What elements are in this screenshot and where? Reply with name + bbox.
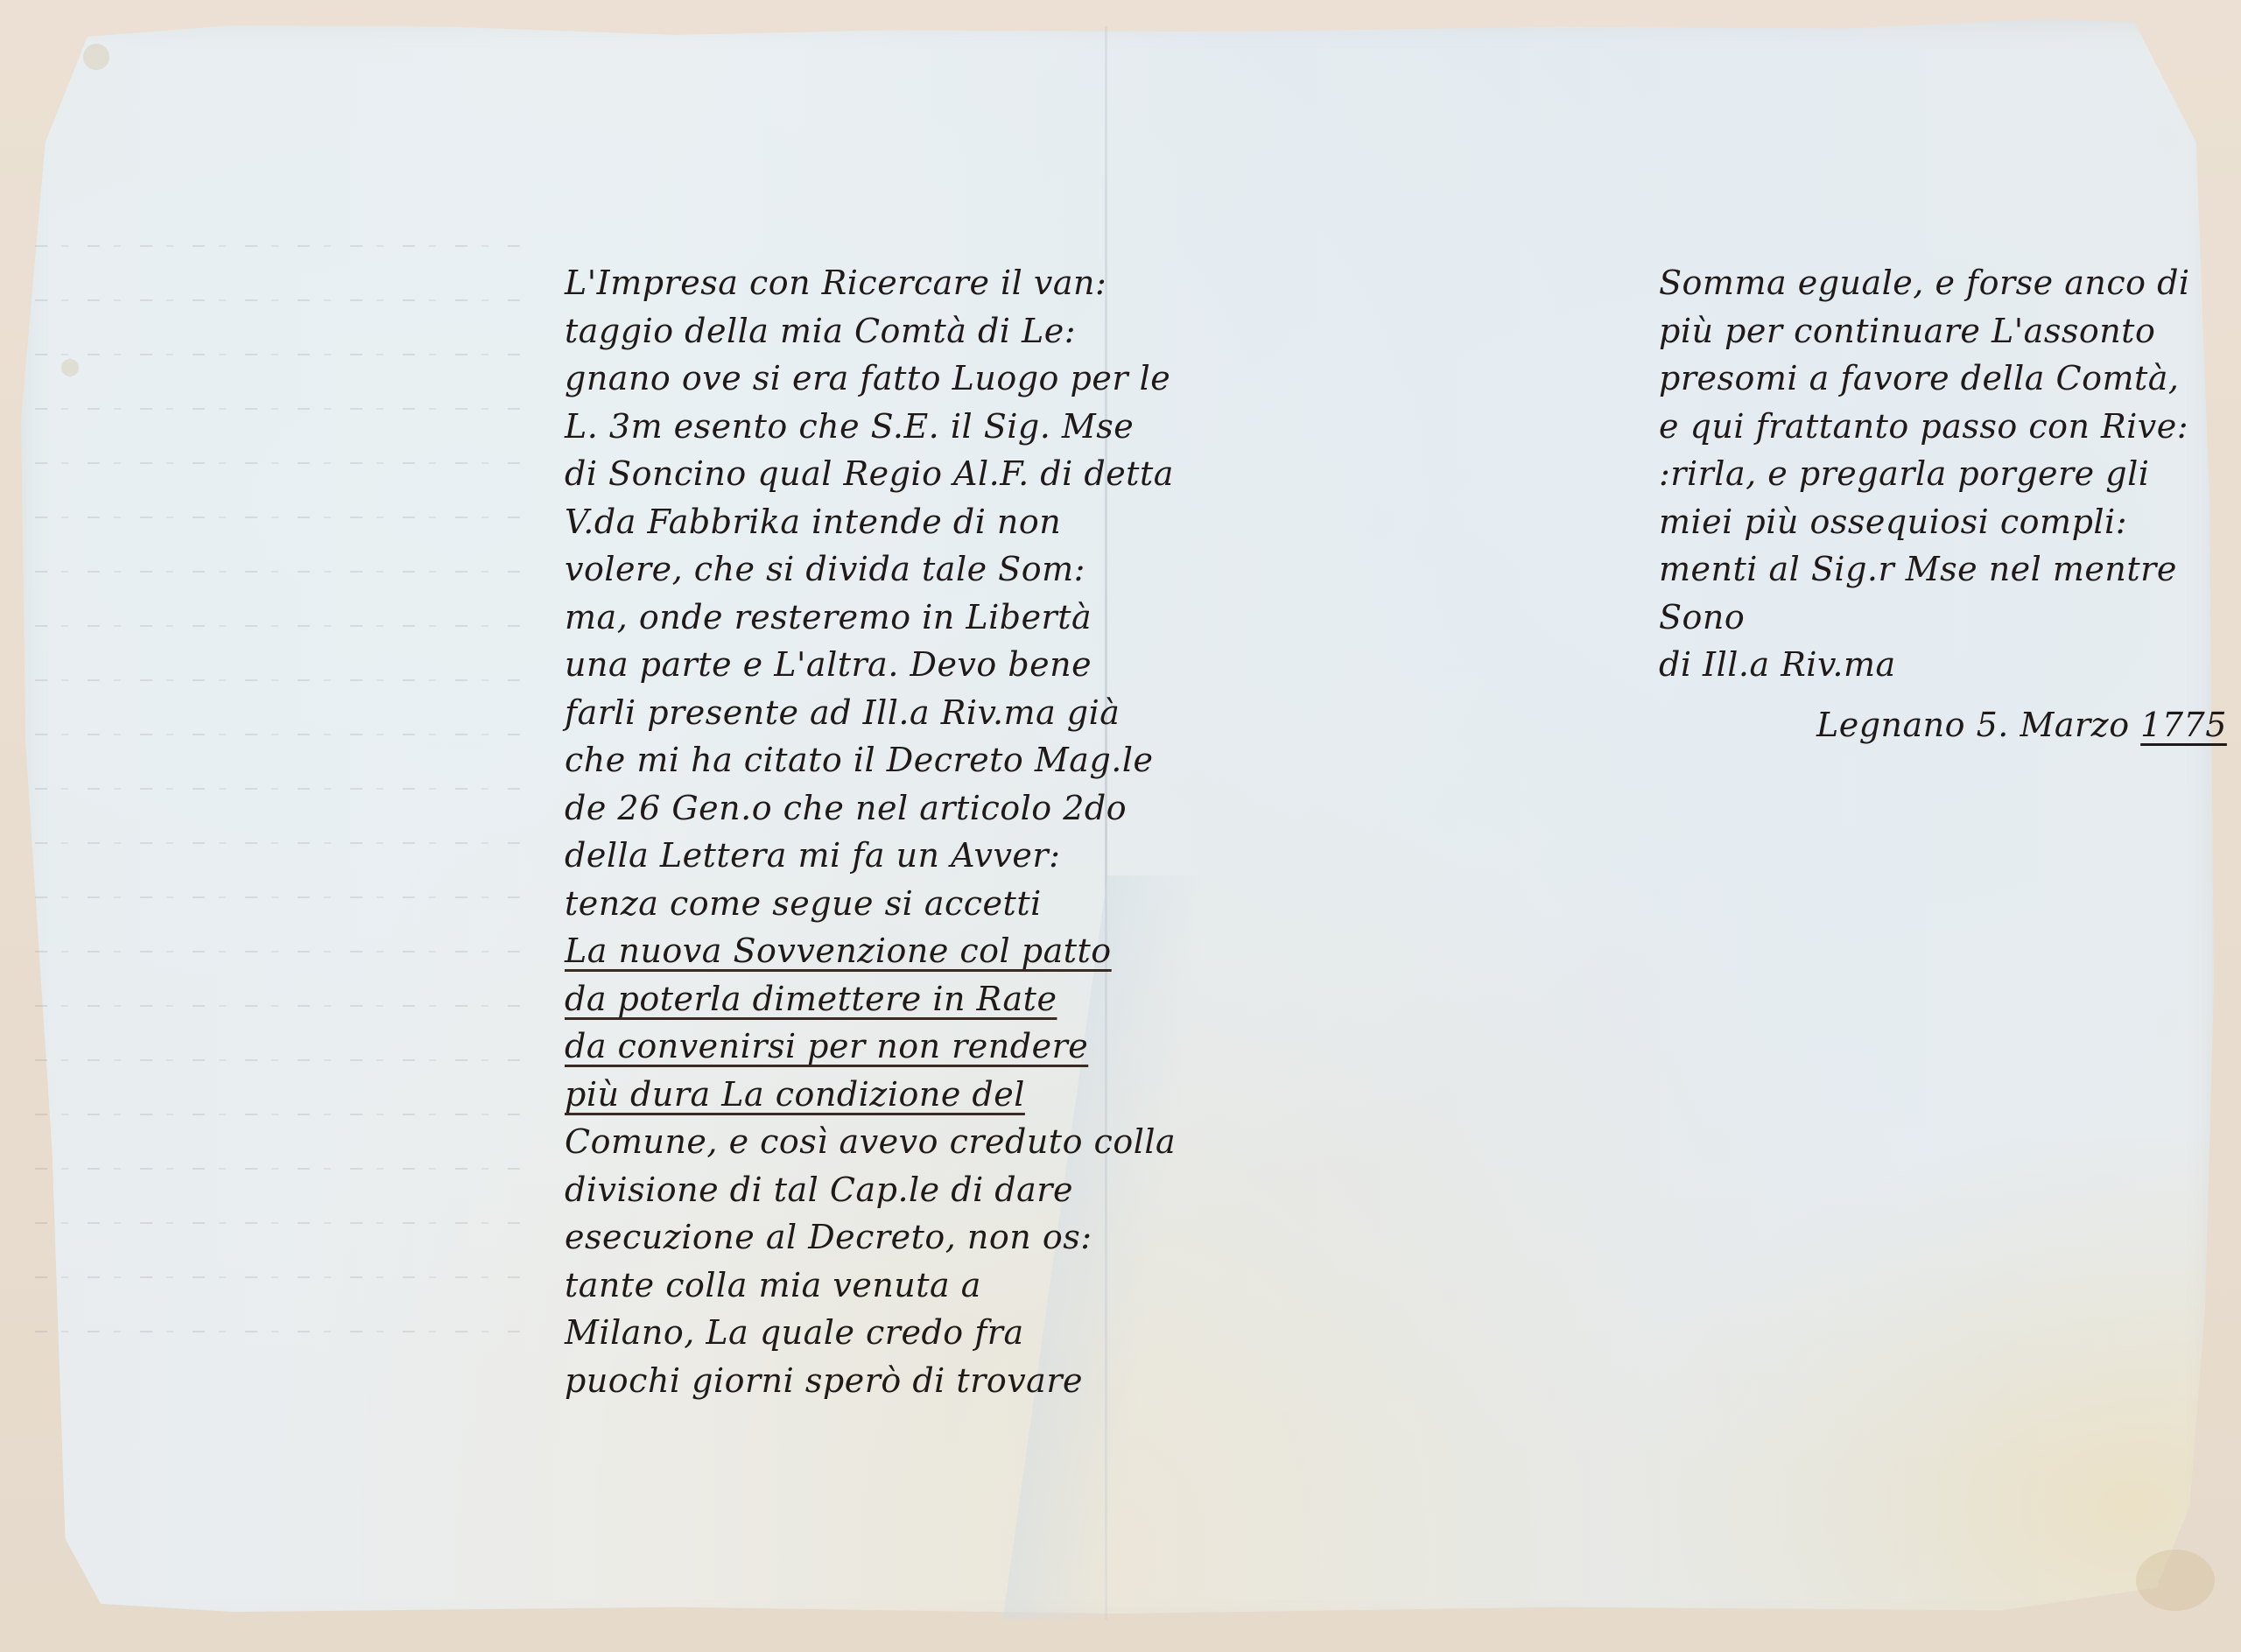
text-line: L'Impresa con Ricercare il van: — [565, 259, 1116, 307]
place-date: Legnano 5. Marzo 1775 — [1659, 701, 2219, 749]
text-line: volere, che si divida tale Som: — [565, 545, 1116, 594]
text-line: esecuzione al Decreto, non os: — [565, 1213, 1116, 1262]
text-line: tenza come segue si accetti — [565, 880, 1116, 928]
text-line: e qui frattanto passo con Rive: — [1659, 403, 2219, 451]
paper-stain — [83, 44, 109, 70]
letter-left-column: L'Impresa con Ricercare il van: taggio d… — [565, 259, 1116, 1404]
text-line: taggio della mia Comtà di Le: — [565, 307, 1116, 355]
text-line: di Soncino qual Regio Al.F. di detta — [565, 450, 1116, 498]
text-line: de 26 Gen.o che nel articolo 2do — [565, 784, 1116, 833]
closing-word: Sono — [1659, 594, 2219, 642]
text-line: :rirla, e pregarla porgere gli — [1659, 450, 2219, 498]
text-line: della Lettera mi fa un Avver: — [565, 832, 1116, 880]
text-line: miei più ossequiosi compli: — [1659, 498, 2219, 546]
text-line: gnano ove si era fatto Luogo per le — [565, 355, 1116, 403]
text-line: V.da Fabbrika intende di non — [565, 498, 1116, 546]
text-line: Comune, e così avevo creduto colla — [565, 1118, 1116, 1166]
text-line: Somma eguale, e forse anco di — [1659, 259, 2219, 307]
text-line: divisione di tal Cap.le di dare — [565, 1166, 1116, 1214]
text-line-underlined: La nuova Sovvenzione col patto — [565, 927, 1116, 975]
text-line-underlined: da convenirsi per non rendere — [565, 1023, 1116, 1071]
text-line: farli presente ad Ill.a Riv.ma già — [565, 689, 1116, 737]
text-line: presomi a favore della Comtà, — [1659, 355, 2219, 403]
text-line: ma, onde resteremo in Libertà — [565, 594, 1116, 642]
text-line: più per continuare L'assonto — [1659, 307, 2219, 355]
text-line-underlined: più dura La condizione del — [565, 1071, 1116, 1119]
salutation: di Ill.a Riv.ma — [1659, 641, 2219, 689]
text-line: Milano, La quale credo fra — [565, 1309, 1116, 1357]
text-line: puochi giorni sperò di trovare — [565, 1357, 1116, 1405]
text-line: L. 3m esento che S.E. il Sig. Mse — [565, 403, 1116, 451]
date-year: 1775 — [2140, 706, 2227, 744]
text-line: menti al Sig.r Mse nel mentre — [1659, 545, 2219, 594]
letter-right-column: Somma eguale, e forse anco di più per co… — [1659, 259, 2219, 749]
text-line: una parte e L'altra. Devo bene — [565, 641, 1116, 689]
paper-stain — [2136, 1550, 2215, 1611]
place-date-text: Legnano 5. Marzo — [1816, 706, 2130, 744]
text-line-underlined: da poterla dimettere in Rate — [565, 975, 1116, 1023]
text-line: tante colla mia venuta a — [565, 1262, 1116, 1310]
text-line: che mi ha citato il Decreto Mag.le — [565, 736, 1116, 784]
bleed-through-text — [35, 245, 525, 1471]
